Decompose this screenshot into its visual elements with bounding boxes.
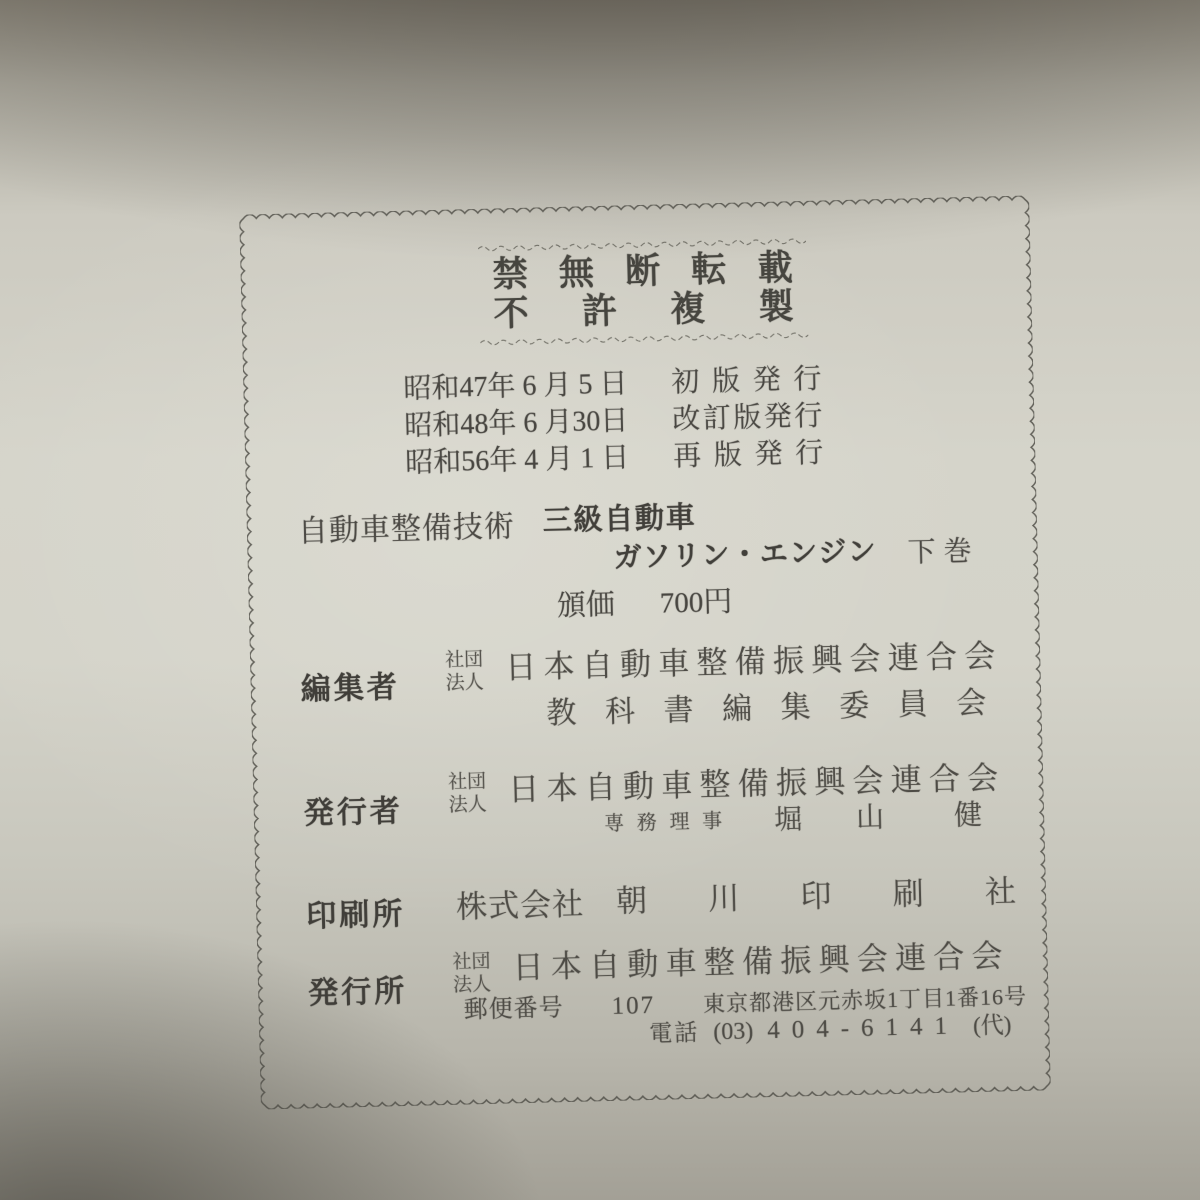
postal-label: 郵便番号 bbox=[463, 987, 564, 1024]
publisher-officer-family-name: 堀山 bbox=[774, 795, 885, 838]
colophon-box: 禁無断転載 不許複製 昭和47年 6 月 5 日初版発行 昭和48年 6 月30… bbox=[239, 195, 1051, 1109]
editor-org-type: 社団 法人 bbox=[445, 649, 484, 696]
publisher-org-type: 社団 法人 bbox=[448, 771, 487, 818]
org-type-bottom: 法人 bbox=[448, 794, 487, 818]
org-type-top: 社団 bbox=[452, 951, 491, 975]
org-type-top: 社団 bbox=[448, 771, 487, 795]
copyright-notice: 禁無断転載 不許複製 bbox=[478, 237, 808, 347]
price-label: 頒価 bbox=[556, 582, 615, 624]
price-value: 700円 bbox=[659, 579, 732, 622]
series-title: 自動車整備技術 bbox=[297, 501, 515, 550]
edition-history: 昭和47年 6 月 5 日初版発行 昭和48年 6 月30日改訂版発行 昭和56… bbox=[403, 361, 824, 482]
volume-label: 下巻 bbox=[907, 529, 980, 571]
issuer-row-label: 発行所 bbox=[308, 966, 408, 1012]
publisher-officer-given-name: 健 bbox=[954, 793, 983, 834]
phone-number: 404-6141 bbox=[767, 1012, 959, 1045]
grade-title: 三級自動車 bbox=[542, 495, 695, 540]
edition-label: 再版発行 bbox=[673, 435, 824, 476]
publisher-officer-title: 専務理事 bbox=[604, 804, 723, 836]
publisher-row-label: 発行者 bbox=[303, 786, 403, 832]
phone-area-code: (03) bbox=[713, 1018, 754, 1046]
org-type-top: 社団 bbox=[445, 649, 484, 673]
price-line: 頒価 700円 bbox=[556, 579, 732, 624]
org-type-bottom: 法人 bbox=[445, 672, 484, 696]
edition-label: 初版発行 bbox=[671, 361, 822, 402]
book-subtitle: ガソリン・エンジン bbox=[613, 529, 876, 575]
edition-date: 昭和56年 4 月 1 日 bbox=[405, 438, 674, 482]
edition-label: 改訂版発行 bbox=[672, 398, 823, 439]
phone-label: 電話 bbox=[649, 1014, 700, 1048]
editor-row-label: 編集者 bbox=[300, 662, 400, 708]
notice-line-2: 不許複製 bbox=[493, 287, 794, 334]
phone-suffix: (代) bbox=[973, 1006, 1012, 1040]
printer-company-type: 株式会社 bbox=[456, 879, 585, 927]
printer-row-label: 印刷所 bbox=[306, 889, 406, 935]
